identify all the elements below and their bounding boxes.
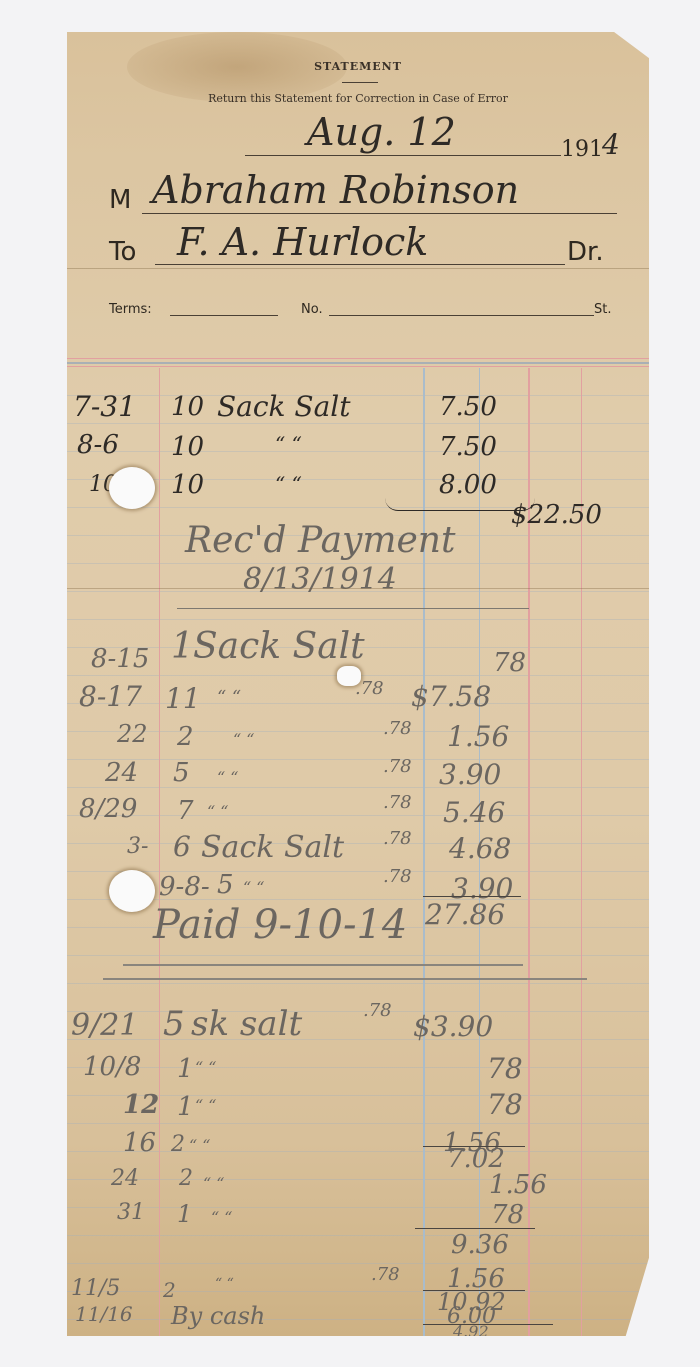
paid-note: Paid 9-10-14 — [153, 902, 407, 948]
entry-date: 8/29 — [79, 794, 137, 824]
entry-qty: 11 — [165, 682, 201, 715]
payment-label: By cash — [171, 1302, 265, 1330]
paid-underline — [177, 608, 529, 609]
entry-item: “ “ — [203, 1174, 224, 1193]
entry-date: 24 — [111, 1166, 139, 1191]
entry-date: 31 — [117, 1200, 145, 1225]
no-line — [329, 315, 594, 316]
entry-item: sk salt — [191, 1004, 302, 1044]
dr-label: Dr. — [567, 237, 604, 267]
entry-amount: 7.50 — [439, 432, 497, 462]
entry-qty: 10 — [171, 392, 204, 422]
paper-tear — [337, 666, 361, 686]
no-label: No. — [301, 302, 323, 317]
statement-subtitle: Return this Statement for Correction in … — [67, 92, 649, 105]
paid-note-date: 8/13/1914 — [243, 562, 397, 597]
sum-line — [423, 896, 521, 897]
entry-item: Sack Salt — [193, 626, 365, 667]
terms-label: Terms: — [109, 302, 152, 317]
date-column-rule — [159, 368, 160, 1336]
punch-hole — [109, 870, 155, 912]
entry-qty: 5 — [163, 1004, 185, 1044]
entry-qty: 1 — [171, 626, 194, 667]
entry-item: Sack Salt — [217, 390, 351, 423]
header-red-rule-2 — [67, 366, 649, 367]
merchant-name: F. A. Hurlock — [177, 220, 428, 264]
st-label: St. — [594, 302, 611, 317]
entry-qty: 6 — [173, 830, 191, 863]
entry-date: 8-17 — [79, 680, 142, 713]
entry-qty: 10 — [171, 470, 204, 500]
payment-date: 11/16 — [75, 1302, 133, 1326]
paid-underline — [123, 964, 523, 966]
entry-item: “ “ — [275, 432, 302, 456]
punch-hole — [109, 467, 155, 509]
entry-date: 8-6 — [77, 430, 119, 460]
customer-name: Abraham Robinson — [152, 168, 519, 212]
customer-line — [142, 213, 617, 214]
entry-item: “ “ — [275, 472, 302, 496]
subtotal: 9.36 — [451, 1230, 509, 1260]
balance: 4.92 — [453, 1322, 489, 1341]
entry-item: “ “ — [207, 802, 228, 821]
entry-qty: 2 — [179, 1166, 193, 1191]
entry-date: 7-31 — [73, 390, 136, 423]
entry-date: 22 — [117, 720, 148, 748]
entry-amount: 1.56 — [489, 1170, 547, 1200]
entry-item: “ “ — [189, 1136, 210, 1155]
entry-item: “ “ — [195, 1058, 216, 1077]
sum-line — [415, 1228, 535, 1229]
entry-amount: 5.46 — [443, 796, 505, 829]
entry-qty: 1 — [177, 1054, 194, 1084]
entry-qty: 5 — [217, 870, 234, 900]
m-label: M — [109, 185, 131, 215]
entry-item: “ “ — [195, 1096, 216, 1115]
entry-item: Sack Salt — [201, 830, 344, 865]
entry-rate: .78 — [383, 718, 412, 739]
entry-qty: 5 — [173, 758, 190, 788]
entry-date: 10/8 — [83, 1052, 141, 1082]
header-red-rule — [67, 358, 649, 359]
entry-item: “ “ — [233, 730, 254, 749]
entry-rate: .78 — [383, 756, 412, 777]
entry-item: “ “ — [211, 1208, 232, 1227]
entry-date: 3- — [127, 834, 148, 859]
entry-qty: 10 — [171, 432, 204, 462]
section2-total: 27.86 — [425, 898, 505, 931]
entry-amount: 78 — [493, 648, 526, 678]
entry-date: 24 — [105, 758, 138, 788]
date-handwritten: Aug. 12 — [307, 110, 456, 154]
entry-item: “ “ — [243, 878, 264, 897]
entry-qty: 1 — [177, 1092, 194, 1122]
entry-amount: 1.56 — [447, 720, 509, 753]
date-line — [245, 155, 561, 156]
paid-underline-2 — [103, 978, 587, 980]
entry-date: 11/5 — [71, 1276, 120, 1301]
entry-rate: .78 — [371, 1264, 400, 1285]
paid-note: Rec'd Payment — [185, 520, 455, 561]
year-handwritten: 4 — [602, 128, 620, 161]
merchant-line — [155, 264, 565, 265]
entry-rate: .78 — [383, 828, 412, 849]
entry-qty: 1 — [177, 1200, 192, 1228]
entry-amount: $3.90 — [413, 1010, 493, 1043]
entry-amount: 8.00 — [439, 470, 497, 500]
entry-date: 8-15 — [91, 644, 149, 674]
entry-date: 12 — [123, 1090, 159, 1120]
entry-qty: 2 — [177, 722, 194, 752]
to-label: To — [109, 237, 136, 267]
fold-crease — [67, 588, 649, 589]
terms-line — [170, 315, 278, 316]
entry-qty: 2 — [163, 1278, 176, 1302]
entry-item: “ “ — [215, 1276, 234, 1292]
entry-qty: 7 — [177, 796, 194, 826]
entry-qty: 2 — [171, 1132, 185, 1157]
entry-item: “ “ — [217, 687, 241, 708]
entry-rate: .78 — [383, 792, 412, 813]
entry-rate: .78 — [383, 866, 412, 887]
dollar-column-rule — [423, 368, 425, 1336]
entry-rate: .78 — [363, 1000, 392, 1021]
entry-item: “ “ — [217, 768, 238, 787]
header-blue-rule — [67, 362, 649, 364]
entry-amount: $7.58 — [411, 680, 491, 713]
entry-date: 9-8- — [159, 872, 210, 902]
entry-date: 16 — [123, 1128, 156, 1158]
statement-paper: STATEMENT Return this Statement for Corr… — [67, 32, 649, 1336]
entry-amount: 78 — [487, 1052, 523, 1085]
entry-amount: 4.68 — [449, 832, 511, 865]
section1-total: $22.50 — [511, 500, 602, 530]
entry-amount: 78 — [487, 1088, 523, 1121]
year-printed: 191 — [561, 137, 603, 162]
title-divider — [342, 82, 378, 83]
entry-amount: 78 — [491, 1200, 524, 1230]
statement-title: STATEMENT — [67, 60, 649, 73]
entry-amount: 3.90 — [439, 758, 501, 791]
entry-date: 9/21 — [71, 1008, 138, 1043]
fold-crease — [67, 268, 649, 269]
entry-amount: 7.50 — [439, 392, 497, 422]
